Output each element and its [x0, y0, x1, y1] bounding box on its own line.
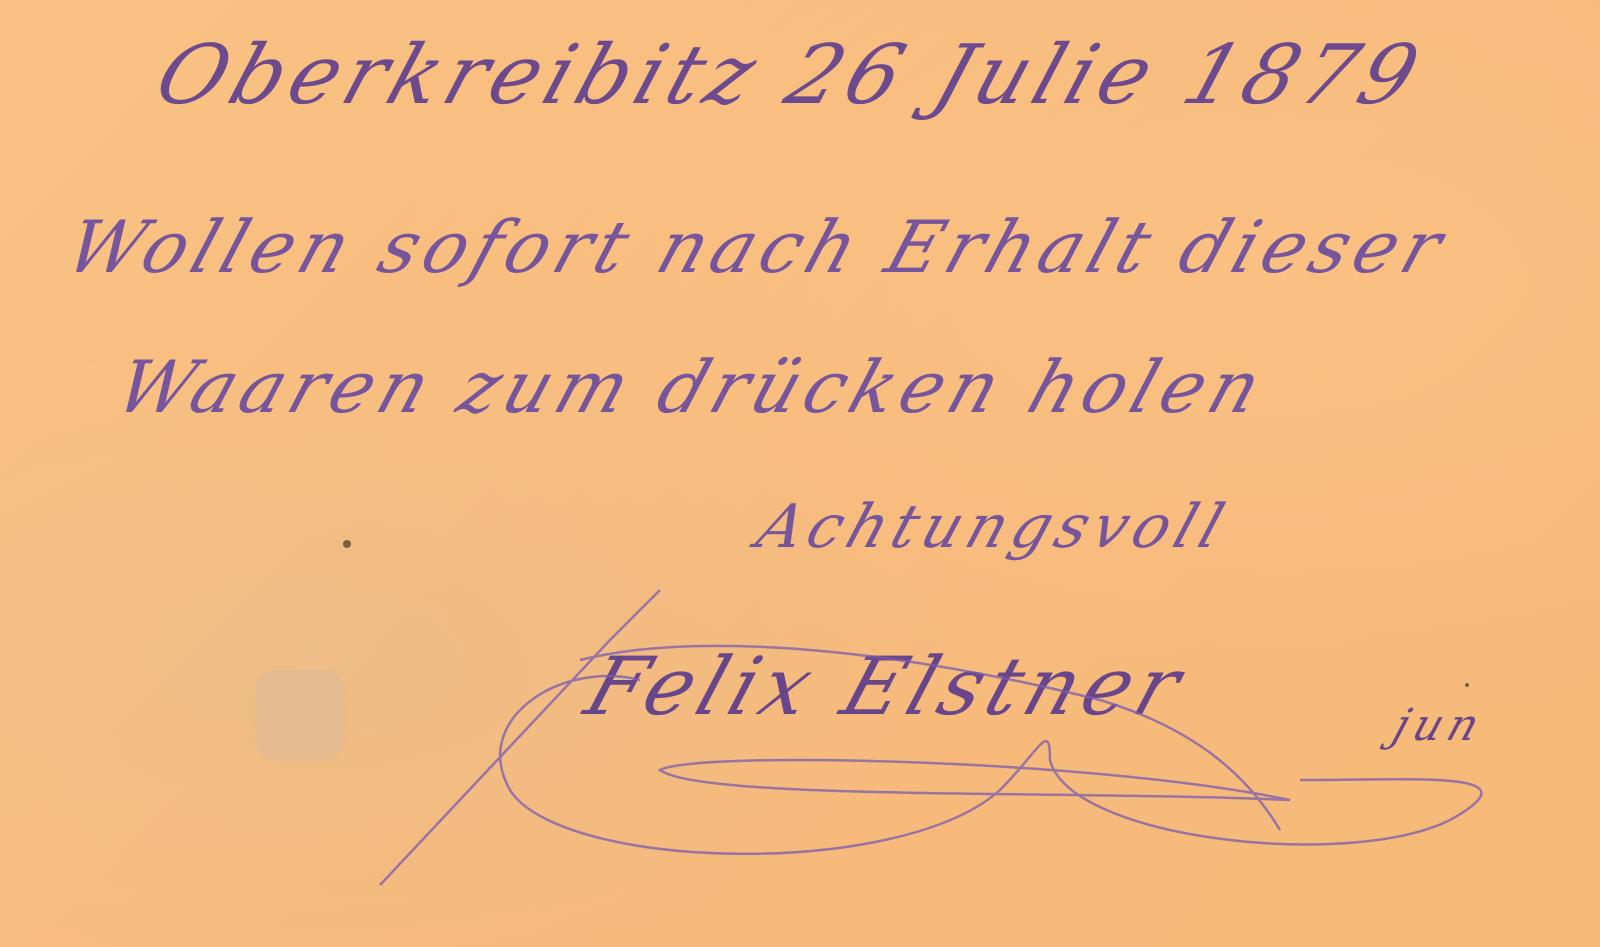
signature-flourish-icon — [0, 0, 1600, 947]
postcard: Oberkreibitz 26 Julie 1879 Wollen sofort… — [0, 0, 1600, 947]
